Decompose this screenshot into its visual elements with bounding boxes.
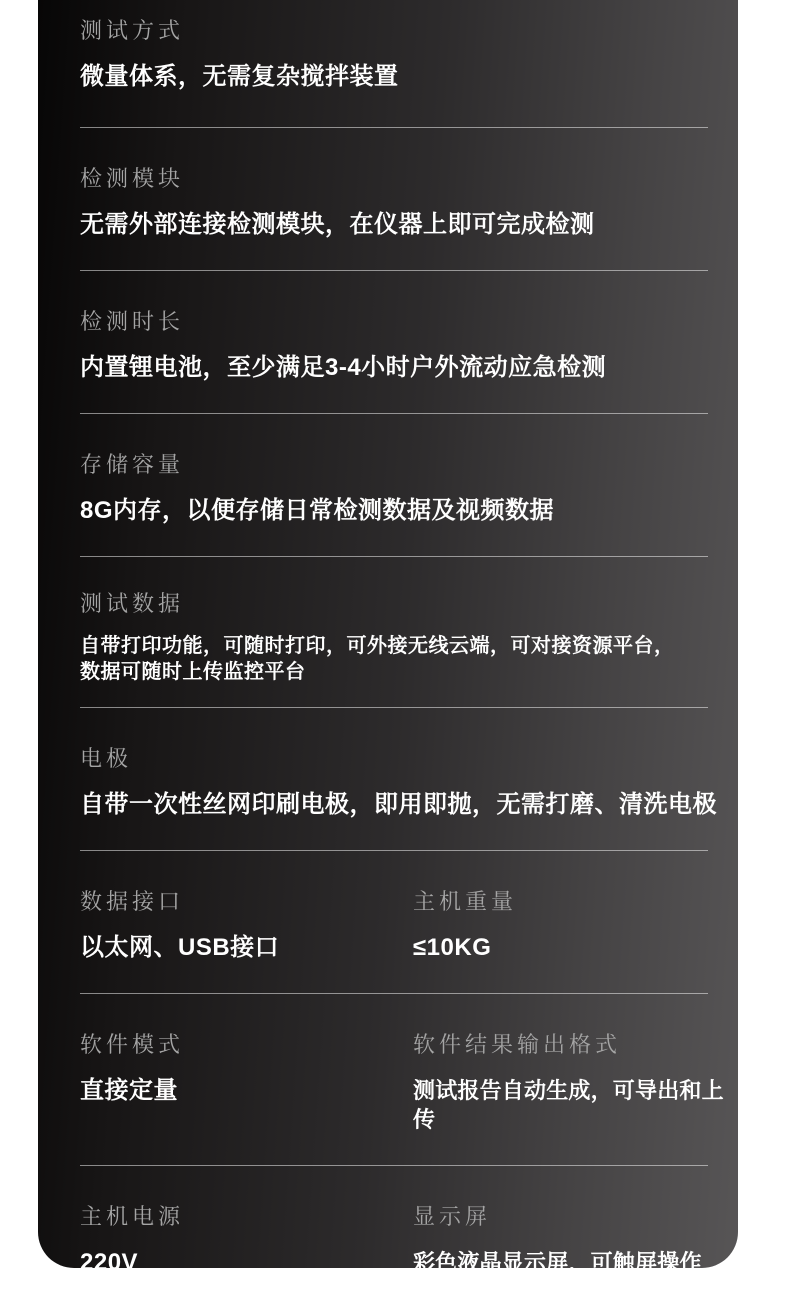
- spec-row-detection-duration: 检测时长 内置锂电池，至少满足3-4小时户外流动应急检测: [80, 271, 738, 413]
- spec-col-output-format: 软件结果输出格式 测试报告自动生成，可导出和上传: [413, 1034, 738, 1134]
- spec-label: 数据接口: [80, 891, 413, 913]
- spec-label: 软件结果输出格式: [413, 1034, 738, 1056]
- spec-row-detection-module: 检测模块 无需外部连接检测模块，在仪器上即可完成检测: [80, 128, 738, 270]
- spec-value: ≤10KG: [413, 933, 738, 962]
- spec-label: 测试数据: [80, 593, 738, 615]
- spec-col-host-weight: 主机重量 ≤10KG: [413, 891, 738, 962]
- spec-value: 彩色液晶显示屏，可触屏操作: [413, 1248, 738, 1277]
- spec-col-data-interface: 数据接口 以太网、USB接口: [80, 891, 413, 962]
- spec-value: 直接定量: [80, 1076, 413, 1105]
- spec-row-software: 软件模式 直接定量 软件结果输出格式 测试报告自动生成，可导出和上传: [80, 994, 738, 1165]
- spec-value: 220V: [80, 1248, 413, 1277]
- spec-label: 主机电源: [80, 1206, 413, 1228]
- spec-label: 存储容量: [80, 454, 738, 476]
- spec-value: 8G内存，以便存储日常检测数据及视频数据: [80, 496, 738, 525]
- spec-value: 无需外部连接检测模块，在仪器上即可完成检测: [80, 210, 738, 239]
- spec-row-test-data: 测试数据 自带打印功能，可随时打印，可外接无线云端，可对接资源平台， 数据可随时…: [80, 557, 738, 707]
- spec-value: 微量体系，无需复杂搅拌装置: [80, 62, 738, 91]
- spec-label: 主机重量: [413, 891, 738, 913]
- spec-row-test-method: 测试方式 微量体系，无需复杂搅拌装置: [80, 0, 738, 127]
- spec-value: 以太网、USB接口: [80, 933, 413, 962]
- spec-label: 软件模式: [80, 1034, 413, 1056]
- spec-label: 电极: [80, 748, 738, 770]
- product-spec-page: 测试方式 微量体系，无需复杂搅拌装置 检测模块 无需外部连接检测模块，在仪器上即…: [0, 0, 790, 1313]
- spec-value: 内置锂电池，至少满足3-4小时户外流动应急检测: [80, 353, 738, 382]
- spec-value: 测试报告自动生成，可导出和上传: [413, 1076, 738, 1134]
- spec-label: 检测模块: [80, 168, 738, 190]
- spec-row-interface-weight: 数据接口 以太网、USB接口 主机重量 ≤10KG: [80, 851, 738, 993]
- spec-row-power-display: 主机电源 220V 显示屏 彩色液晶显示屏，可触屏操作: [80, 1166, 738, 1305]
- spec-col-software-mode: 软件模式 直接定量: [80, 1034, 413, 1134]
- spec-panel: 测试方式 微量体系，无需复杂搅拌装置 检测模块 无需外部连接检测模块，在仪器上即…: [38, 0, 738, 1268]
- spec-label: 检测时长: [80, 311, 738, 333]
- spec-col-display-screen: 显示屏 彩色液晶显示屏，可触屏操作: [413, 1206, 738, 1277]
- spec-label: 测试方式: [80, 20, 738, 42]
- spec-value: 自带打印功能，可随时打印，可外接无线云端，可对接资源平台， 数据可随时上传监控平…: [80, 633, 738, 685]
- spec-row-storage-capacity: 存储容量 8G内存，以便存储日常检测数据及视频数据: [80, 414, 738, 556]
- spec-col-host-power: 主机电源 220V: [80, 1206, 413, 1277]
- spec-row-electrode: 电极 自带一次性丝网印刷电极，即用即抛，无需打磨、清洗电极: [80, 708, 738, 850]
- spec-label: 显示屏: [413, 1206, 738, 1228]
- spec-value: 自带一次性丝网印刷电极，即用即抛，无需打磨、清洗电极: [80, 790, 738, 819]
